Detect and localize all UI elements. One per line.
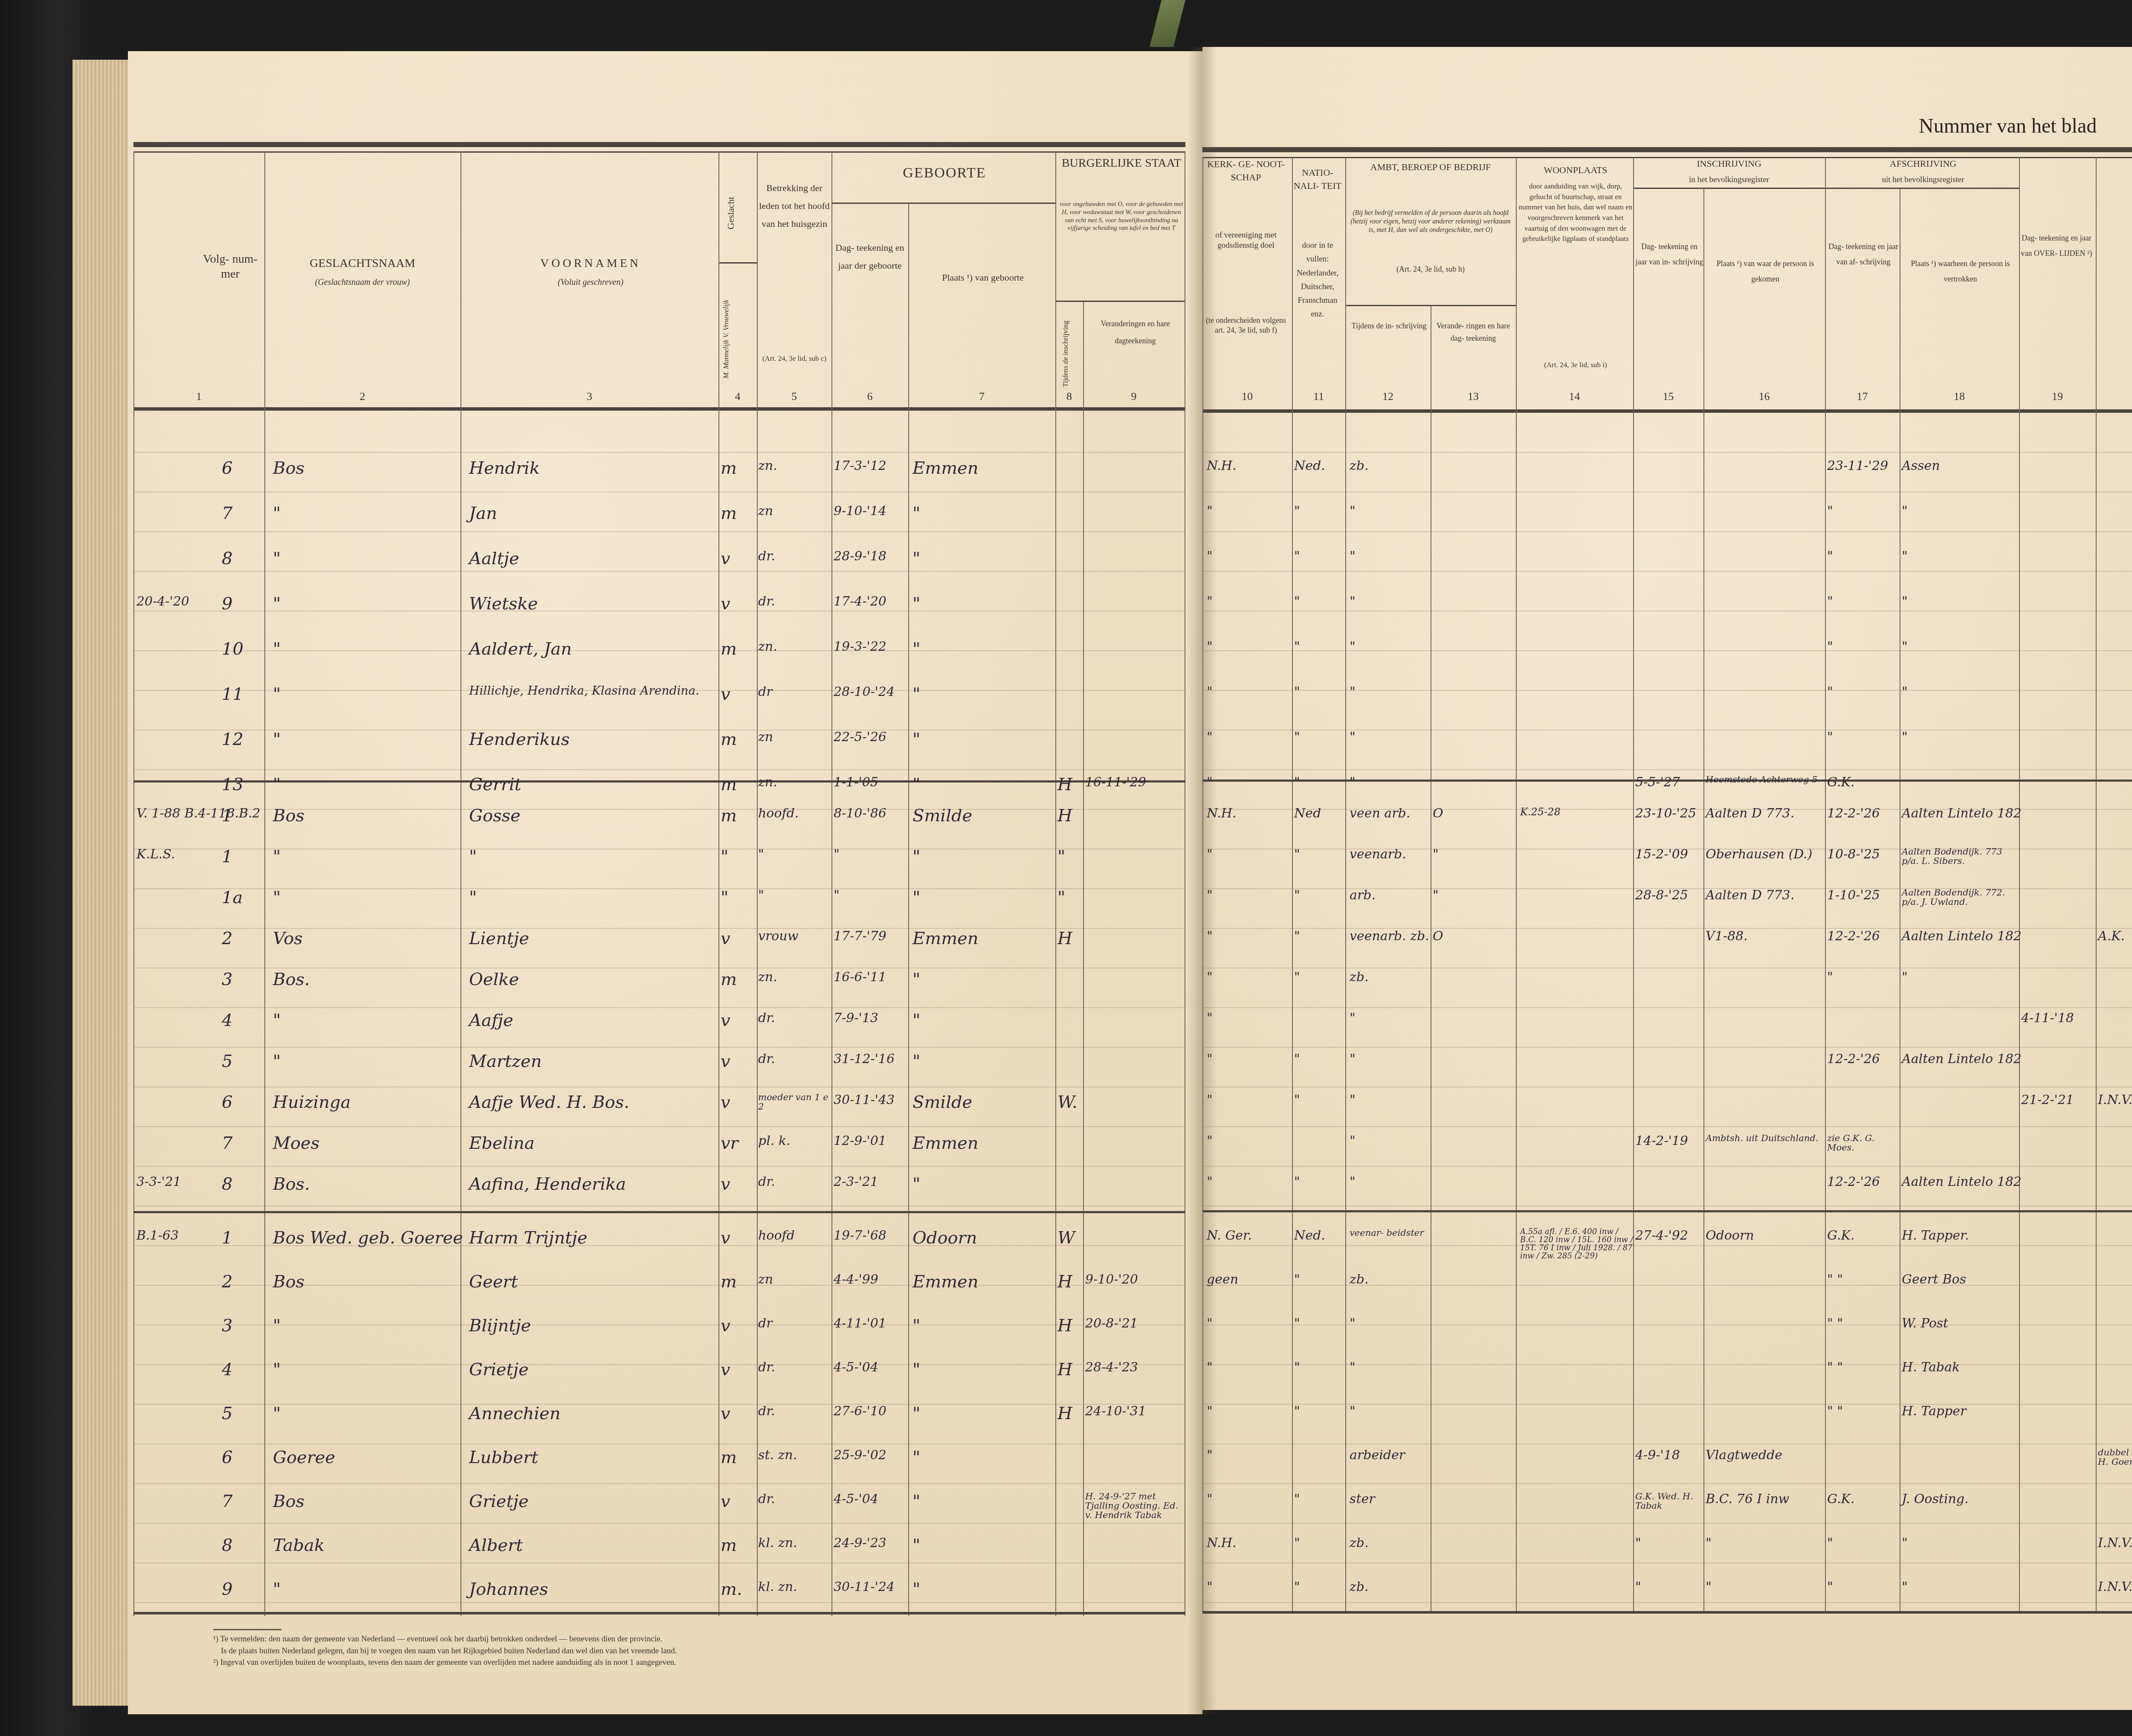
- cell-dereg-date: ": [1827, 549, 1900, 564]
- cell-relation: zn.: [758, 970, 831, 985]
- cell-nationality: ": [1294, 1536, 1345, 1551]
- column-number: 6: [831, 390, 908, 403]
- cell-relation: dr.: [758, 549, 831, 564]
- cell-surname: Huizinga: [273, 1093, 456, 1112]
- cell-civil-change: 16-11-'29: [1085, 775, 1183, 790]
- cell-occupation: ": [1350, 549, 1431, 564]
- cell-nr: 3: [222, 1316, 264, 1336]
- cell-relation: dr.: [758, 1404, 831, 1419]
- cell-birth-place: ": [912, 504, 1053, 523]
- cell-occ-change: O: [1433, 929, 1514, 944]
- cell-birth-date: 31-12-'16: [834, 1052, 908, 1067]
- column-line-right: [1292, 157, 1293, 1612]
- cell-birth-date: 4-5-'04: [834, 1492, 908, 1507]
- cell-nationality: ": [1294, 847, 1345, 862]
- cell-birth-place: ": [912, 684, 1053, 704]
- header-afschrijving-datum: Dag- teekening en jaar van af- schrijvin…: [1827, 239, 1900, 270]
- cell-reg-date: 15-2-'09: [1635, 847, 1703, 862]
- cell-dereg-date: zie G.K. G. Moes.: [1827, 1133, 1900, 1152]
- cell-dereg-to: Aalten Lintelo 182: [1902, 1052, 2019, 1067]
- row-line-left: [133, 1087, 1185, 1087]
- header-aanmerkingen-sub: (Art. 24, 5e lid): [2096, 294, 2132, 304]
- cell-church: N.H.: [1207, 806, 1292, 821]
- cell-birth-date: 25-9-'02: [834, 1448, 908, 1463]
- cell-dereg-date: ": [1827, 684, 1900, 699]
- header-kerkgenootschap-note: (te onderscheiden volgens art. 24, 3e li…: [1203, 316, 1289, 335]
- cell-nationality: ": [1294, 1404, 1345, 1419]
- cell-relation: dr: [758, 684, 831, 699]
- cell-nationality: ": [1294, 775, 1345, 790]
- table-bottom-rule-right: [1202, 1611, 2132, 1614]
- header-inschrijving: INSCHRIJVING: [1635, 158, 1823, 170]
- cell-church: ": [1207, 1174, 1292, 1189]
- header-bottom-rule-left: [133, 407, 1185, 411]
- cell-given: Wietske: [469, 594, 716, 614]
- cell-nationality: ": [1294, 1579, 1345, 1594]
- cell-church: ": [1207, 1404, 1292, 1419]
- column-line-right: [2096, 157, 2097, 1612]
- cell-surname: ": [273, 594, 456, 614]
- column-line-left: [1055, 151, 1056, 1616]
- cell-sex: m: [721, 1448, 755, 1467]
- cell-nr: 4: [222, 1011, 264, 1030]
- header-burgerlijke-staat: BURGERLIJKE STAAT: [1057, 156, 1185, 171]
- column-line-right: [1431, 306, 1431, 1612]
- cell-occupation: zb.: [1350, 970, 1431, 985]
- column-line-left: [757, 151, 758, 1616]
- cell-birth-date: 9-10-'14: [834, 504, 908, 519]
- cell-dereg-to: Assen: [1902, 458, 2019, 473]
- cell-nr: 7: [222, 1133, 264, 1153]
- row-line-left: [133, 1523, 1185, 1524]
- cell-dereg-date: 12-2-'26: [1827, 806, 1900, 821]
- cell-birth-place: Smilde: [912, 806, 1053, 826]
- cell-birth-date: 12-9-'01: [834, 1133, 908, 1148]
- cell-sex: ": [721, 847, 755, 867]
- cell-dereg-date: " ": [1827, 1404, 1900, 1419]
- cell-church: ": [1207, 1448, 1292, 1463]
- cell-reg-from: Oberhausen (D.): [1706, 847, 1825, 862]
- header-bs-veranderingen: Veranderingen en hare dagteekening: [1087, 316, 1183, 349]
- header-ambt-sub: (Bij het bedrijf vermelden of de persoon…: [1347, 209, 1514, 235]
- cell-birth-place: ": [912, 1316, 1053, 1336]
- cell-church: ": [1207, 549, 1292, 564]
- header-woonplaats: WOONPLAATS: [1518, 164, 1633, 176]
- column-number: 19: [2019, 390, 2096, 403]
- cell-birth-place: Emmen: [912, 458, 1053, 478]
- row-line-right: [1202, 1007, 2132, 1008]
- cell-surname: ": [273, 775, 456, 794]
- cell-birth-place: ": [912, 1052, 1053, 1071]
- row-line-left: [133, 968, 1185, 968]
- cell-dereg-to: Geert Bos: [1902, 1272, 2019, 1287]
- cell-birth-place: ": [912, 1174, 1053, 1194]
- header-geslachtsnaam: GESLACHTSNAAM: [269, 256, 456, 271]
- cell-occupation: ": [1350, 1404, 1431, 1419]
- cell-relation: st. zn.: [758, 1448, 831, 1463]
- cell-dereg-to: ": [1902, 504, 2019, 519]
- cell-church: ": [1207, 1133, 1292, 1148]
- cell-nationality: ": [1294, 1093, 1345, 1107]
- cell-sex: v: [721, 594, 755, 614]
- footnote-2: ²) Ingeval van overlijden buiten de woon…: [213, 1657, 981, 1669]
- cell-occupation: ": [1350, 639, 1431, 654]
- cell-occupation: ster: [1350, 1492, 1431, 1507]
- cell-relation: pl. k.: [758, 1133, 831, 1148]
- column-number: 1: [133, 390, 264, 403]
- cell-dereg-to: H. Tapper.: [1902, 1228, 2019, 1243]
- header-inschrijving-plaats: Plaats ¹) van waar de persoon is gekomen: [1706, 256, 1825, 287]
- header-geslacht-sub: M. Mannelijk V. Vrouwelijk: [721, 281, 730, 397]
- cell-birth-date: 19-7-'68: [834, 1228, 908, 1243]
- cell-sex: v: [721, 684, 755, 704]
- cell-relation: ": [758, 847, 831, 862]
- cell-birth-place: ": [912, 639, 1053, 659]
- column-number: 5: [757, 390, 831, 403]
- cell-sex: m: [721, 504, 755, 523]
- row-line-right: [1202, 1047, 2132, 1048]
- cell-birth-date: 30-11-'24: [834, 1579, 908, 1594]
- column-line-right: [2019, 157, 2020, 1612]
- cell-surname: Bos: [273, 458, 456, 478]
- cell-surname: ": [273, 1052, 456, 1071]
- footnote-1a: ¹) Te vermelden: den naam der gemeente v…: [213, 1633, 981, 1645]
- cell-civil-at-reg: H: [1057, 775, 1083, 794]
- cell-given: Grietje: [469, 1492, 716, 1511]
- geslacht-subrule: [718, 262, 757, 264]
- column-number: 20: [2096, 390, 2132, 403]
- cell-birth-place: Emmen: [912, 1133, 1053, 1153]
- header-ambt-art: (Art. 24, 3e lid, sub h): [1347, 264, 1514, 274]
- cell-dereg-date: ": [1827, 594, 1900, 609]
- cell-church: ": [1207, 684, 1292, 699]
- cell-nationality: ": [1294, 970, 1345, 985]
- cell-nr: 5: [222, 1404, 264, 1423]
- header-top-rule-left: [133, 142, 1185, 147]
- cell-sex: m: [721, 1272, 755, 1292]
- column-line-left: [718, 151, 719, 1616]
- cell-occupation: ": [1350, 504, 1431, 519]
- row-line-left: [133, 1562, 1185, 1563]
- cell-birth-place: ": [912, 1536, 1053, 1555]
- cell-dereg-to: Aalten Bodendijk. 773 p/a. L. Sibers.: [1902, 847, 2019, 866]
- cell-church: ": [1207, 970, 1292, 985]
- cell-civil-at-reg: W: [1057, 1228, 1083, 1248]
- cell-nationality: Ned.: [1294, 1228, 1345, 1243]
- cell-nr: 7: [222, 1492, 264, 1511]
- cell-remarks-pre: I.N.V.: [2098, 1579, 2132, 1594]
- cell-nr: 6: [222, 1448, 264, 1467]
- cell-nr: 8: [222, 1536, 264, 1555]
- cell-church: ": [1207, 1093, 1292, 1107]
- cell-reg-date: ": [1635, 1536, 1703, 1551]
- cell-sex: m: [721, 639, 755, 659]
- row-line-left: [133, 1483, 1185, 1484]
- row-line-right: [1202, 1443, 2132, 1444]
- cell-occupation: veenarb. zb.: [1350, 929, 1431, 944]
- cell-birth-place: ": [912, 1492, 1053, 1511]
- cell-dereg-to: Aalten Lintelo 182: [1902, 1174, 2019, 1189]
- cell-birth-place: ": [912, 888, 1053, 907]
- cell-nationality: ": [1294, 684, 1345, 699]
- column-line-right: [1345, 157, 1346, 1612]
- row-line-right: [1202, 1126, 2132, 1127]
- column-line-right: [1202, 157, 1203, 1612]
- cell-given: Aafje Wed. H. Bos.: [469, 1093, 716, 1112]
- cell-sex: v: [721, 1492, 755, 1511]
- cell-occ-change: ": [1433, 847, 1514, 862]
- cell-birth-place: ": [912, 1011, 1053, 1030]
- cell-nationality: ": [1294, 1492, 1345, 1507]
- cell-occupation: arbeider: [1350, 1448, 1431, 1463]
- cell-civil-at-reg: H: [1057, 1360, 1083, 1380]
- cell-civil-at-reg: H: [1057, 1272, 1083, 1292]
- row-line-right: [1202, 571, 2132, 572]
- cell-surname: Goeree: [273, 1448, 456, 1467]
- header-betrekking: Betrekking der leden tot het hoofd van h…: [758, 179, 831, 232]
- cell-nr: 13: [222, 775, 264, 794]
- cell-nationality: ": [1294, 1316, 1345, 1331]
- cell-occupation: ": [1350, 1133, 1431, 1148]
- cell-reg-from: Heemstede Achterweg 5: [1706, 775, 1825, 784]
- cell-nr: 4: [222, 1360, 264, 1380]
- cell-nationality: ": [1294, 1272, 1345, 1287]
- cell-birth-date: 4-5-'04: [834, 1360, 908, 1375]
- cell-church: ": [1207, 1492, 1292, 1507]
- row-line-left: [133, 1047, 1185, 1048]
- cell-dereg-to: H. Tabak: [1902, 1360, 2019, 1375]
- cell-civil-at-reg: W.: [1057, 1093, 1083, 1112]
- cell-nr: 1: [222, 1228, 264, 1248]
- cell-given: Gerrit: [469, 775, 716, 794]
- cell-death: 4-11-'18: [2021, 1011, 2096, 1026]
- cell-given: ": [469, 847, 716, 867]
- cell-residence: K.25-28: [1520, 806, 1633, 818]
- cell-nationality: ": [1294, 929, 1345, 944]
- cell-birth-date: 17-3-'12: [834, 458, 908, 473]
- cell-sex: v: [721, 549, 755, 568]
- cell-given: Lientje: [469, 929, 716, 948]
- cell-occupation: arb.: [1350, 888, 1431, 903]
- header-inschrijving-datum: Dag- teekening en jaar van in- schrijvin…: [1635, 239, 1703, 270]
- cell-surname: Tabak: [273, 1536, 456, 1555]
- cell-church: ": [1207, 1360, 1292, 1375]
- cell-civil-change: 9-10-'20: [1085, 1272, 1183, 1287]
- cell-sex: m: [721, 730, 755, 749]
- cell-reg-date: 4-9-'18: [1635, 1448, 1703, 1463]
- cell-dereg-date: " ": [1827, 1360, 1900, 1375]
- cell-dereg-date: ": [1827, 970, 1900, 985]
- column-line-right: [1825, 157, 1826, 1612]
- cell-civil-change: H. 24-9-'27 met Tjalling Oosting. Ed. v.…: [1085, 1492, 1183, 1520]
- row-line-right: [1202, 611, 2132, 612]
- header-betrekking-sub: (Art. 24, 3e lid, sub c): [758, 354, 831, 363]
- cell-relation: dr.: [758, 1492, 831, 1507]
- row-line-right: [1202, 968, 2132, 968]
- cell-given: Ebelina: [469, 1133, 716, 1153]
- column-number: 15: [1633, 390, 1703, 403]
- header-afschrijving: AFSCHRIJVING: [1827, 158, 2019, 170]
- cell-relation: moeder van 1 e 2: [758, 1093, 831, 1111]
- header-bs-tijdens: Tijdens de inschrijving: [1061, 311, 1070, 397]
- row-line-right: [1202, 1483, 2132, 1484]
- cell-dereg-date: 12-2-'26: [1827, 1052, 1900, 1067]
- cell-surname: ": [273, 504, 456, 523]
- row-line-left: [133, 1602, 1185, 1603]
- cell-church: N.H.: [1207, 458, 1292, 473]
- cell-given: Grietje: [469, 1360, 716, 1380]
- cell-dereg-date: 23-11-'29: [1827, 458, 1900, 473]
- column-number: 13: [1431, 390, 1516, 403]
- cell-civil-at-reg: H: [1057, 929, 1083, 948]
- header-geboorte-datum: Dag- teekening en jaar der geboorte: [834, 239, 906, 275]
- cell-sex: v: [721, 1011, 755, 1030]
- cell-nationality: ": [1294, 1052, 1345, 1067]
- cell-reg-from: Odoorn: [1706, 1228, 1825, 1243]
- row-line-right: [1202, 1523, 2132, 1524]
- cell-surname: ": [273, 1404, 456, 1423]
- column-number: 9: [1083, 390, 1185, 403]
- cell-relation: kl. zn.: [758, 1579, 831, 1594]
- cell-given: Martzen: [469, 1052, 716, 1071]
- column-line-left: [264, 151, 265, 1616]
- footnotes: ¹) Te vermelden: den naam der gemeente v…: [213, 1633, 981, 1669]
- cell-surname: Bos: [273, 1492, 456, 1511]
- cell-relation: vrouw: [758, 929, 831, 944]
- cell-reg-from: V1-88.: [1706, 929, 1825, 944]
- cell-reg-from: Aalten D 773.: [1706, 888, 1825, 903]
- row-line-left: [133, 1443, 1185, 1444]
- cell-dereg-to: ": [1902, 1579, 2019, 1594]
- cell-dereg-date: ": [1827, 504, 1900, 519]
- cell-given: Lubbert: [469, 1448, 716, 1467]
- header-geboorte-plaats: Plaats ¹) van geboorte: [912, 269, 1053, 287]
- cell-birth-place: Odoorn: [912, 1228, 1053, 1248]
- row-line-right: [1202, 769, 2132, 770]
- header-inschrijving-sub: in het bevolkingsregister: [1635, 175, 1823, 185]
- cell-dereg-date: ": [1827, 639, 1900, 654]
- geboorte-subrule: [831, 203, 1055, 204]
- footnote-1b: Is de plaats buiten Nederland gelegen, d…: [213, 1645, 981, 1657]
- cell-church: ": [1207, 594, 1292, 609]
- cell-reg-from: ": [1706, 1536, 1825, 1551]
- cell-reg-from: B.C. 76 I inw: [1706, 1492, 1825, 1507]
- header-woonplaats-art: (Art. 24, 3e lid, sub i): [1518, 360, 1633, 369]
- section-divider-2-left: [133, 1211, 1185, 1213]
- cell-dereg-to: ": [1902, 549, 2019, 564]
- cell-birth-place: ": [912, 1448, 1053, 1467]
- cell-occupation: ": [1350, 1360, 1431, 1375]
- section-divider-2-right: [1202, 1210, 2132, 1212]
- cell-civil-at-reg: H: [1057, 806, 1083, 826]
- header-bottom-rule-right: [1202, 409, 2132, 413]
- cell-nr: 9: [222, 1579, 264, 1599]
- cell-relation: dr.: [758, 594, 831, 609]
- cell-reg-date: 23-10-'25: [1635, 806, 1703, 821]
- header-voornamen-sub: (Voluit geschreven): [465, 277, 716, 288]
- column-number: 10: [1202, 390, 1292, 403]
- cell-surname: ": [273, 888, 456, 907]
- cell-dereg-date: 12-2-'26: [1827, 929, 1900, 944]
- cell-surname: Bos.: [273, 1174, 456, 1194]
- cell-occ-change: ": [1433, 888, 1514, 903]
- cell-reg-from: Vlagtwedde: [1706, 1448, 1825, 1463]
- cell-civil-change: 20-8-'21: [1085, 1316, 1183, 1331]
- cell-birth-date: 16-6-'11: [834, 970, 908, 985]
- cell-sex: v: [721, 929, 755, 948]
- cell-sex: vr: [721, 1133, 755, 1153]
- cell-occupation: ": [1350, 684, 1431, 699]
- column-line-left: [1083, 302, 1084, 1616]
- header-voornamen: VOORNAMEN: [465, 256, 716, 271]
- cell-sex: ": [721, 888, 755, 907]
- header-geboorte: GEBOORTE: [834, 164, 1055, 183]
- header-nationaliteit-sub: door in te vullen: Nederlander, Duitsche…: [1292, 239, 1343, 322]
- cell-dereg-date: ": [1827, 1579, 1900, 1594]
- footnote-divider: [213, 1629, 281, 1630]
- cell-dereg-date: " ": [1827, 1272, 1900, 1287]
- cell-nr: 3: [222, 970, 264, 989]
- column-number: 3: [461, 390, 718, 403]
- cell-church: ": [1207, 504, 1292, 519]
- cell-reg-date: 5-5-'27: [1635, 775, 1703, 790]
- inschrijving-subrule: [1633, 188, 1825, 189]
- cell-birth-place: ": [912, 730, 1053, 749]
- cell-given: Hillichje, Hendrika, Klasina Arendina.: [469, 684, 716, 697]
- header-woonplaats-sub: door aanduiding van wijk, dorp, gehucht …: [1518, 181, 1633, 244]
- cell-relation: zn.: [758, 775, 831, 790]
- row-line-left: [133, 1206, 1185, 1206]
- cell-reg-date: ": [1635, 1579, 1703, 1594]
- cell-relation: zn.: [758, 639, 831, 654]
- cell-occupation: zb.: [1350, 458, 1431, 473]
- row-line-right: [1202, 1206, 2132, 1206]
- cell-dereg-to: Aalten Lintelo 182: [1902, 929, 2019, 944]
- cell-occupation: ": [1350, 1316, 1431, 1331]
- cell-relation: zn: [758, 730, 831, 745]
- cell-residence: A.55a afl. / E.6. 400 inw / B.C. 120 inw…: [1520, 1228, 1633, 1261]
- cell-occupation: zb.: [1350, 1579, 1431, 1594]
- row-line-right: [1202, 1602, 2132, 1603]
- header-kerkgenootschap: KERK- GE- NOOT- SCHAP: [1203, 158, 1289, 184]
- cell-surname: Bos: [273, 1272, 456, 1292]
- header-afschrijving-plaats: Plaats ¹) waarheen de persoon is vertrok…: [1902, 256, 2019, 287]
- cell-given: Hendrik: [469, 458, 716, 478]
- cell-reg-from: ": [1706, 1579, 1825, 1594]
- cell-given: Henderikus: [469, 730, 716, 749]
- cell-occupation: ": [1350, 594, 1431, 609]
- cell-nationality: Ned: [1294, 806, 1345, 821]
- cell-birth-place: Emmen: [912, 929, 1053, 948]
- header-top-thin-left: [133, 151, 1185, 153]
- cell-birth-place: ": [912, 549, 1053, 568]
- column-number: 17: [1825, 390, 1900, 403]
- cell-reg-date: 14-2-'19: [1635, 1133, 1703, 1148]
- cell-sex: m: [721, 458, 755, 478]
- cell-birth-date: 30-11-'43: [834, 1093, 908, 1107]
- cell-surname: Moes: [273, 1133, 456, 1153]
- cell-birth-date: 28-10-'24: [834, 684, 908, 699]
- column-number: 7: [908, 390, 1055, 403]
- cell-occupation: veenarb.: [1350, 847, 1431, 862]
- cell-nr: 5: [222, 1052, 264, 1071]
- cell-given: Jan: [469, 504, 716, 523]
- cell-given: Harm Trijntje: [469, 1228, 716, 1248]
- cell-dereg-to: Aalten Lintelo 182: [1902, 806, 2019, 821]
- cell-church: ": [1207, 1316, 1292, 1331]
- cell-surname: ": [273, 1579, 456, 1599]
- cell-birth-place: Smilde: [912, 1093, 1053, 1112]
